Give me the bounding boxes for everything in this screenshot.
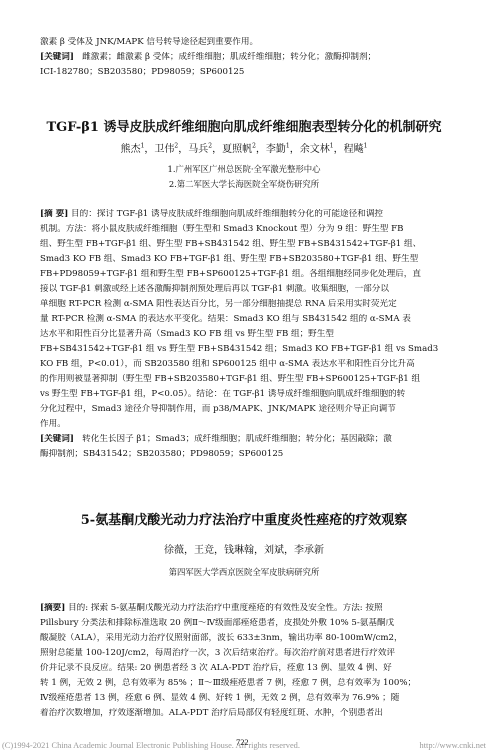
author-separator: ， bbox=[212, 144, 222, 155]
article-2-abstract-line: 转 1 例，无效 2 例，总有效率为 85% ；Ⅱ～Ⅲ级痤疮患者 7 例，痊愈 … bbox=[40, 678, 454, 689]
cnki-link[interactable]: http://www.cnki.net bbox=[420, 741, 486, 750]
keywords-label: [关键词] bbox=[40, 434, 74, 444]
article-2-abstract-line: Ⅳ级痤疮患者 13 例，痊愈 6 例、显效 4 例、好转 1 例，无效 2 例，… bbox=[40, 693, 454, 704]
copyright-notice: (C)1994-2021 China Academic Journal Elec… bbox=[2, 741, 300, 750]
article-1-abstract-line: Smad3 KO FB 组、Smad3 KO FB+TGF-β1 组、野生型 F… bbox=[40, 254, 454, 265]
article-1-affiliation-1: 1.广州军区广州总医院·全军激光整形中心 bbox=[0, 164, 488, 175]
article-1-abstract-line: 的作用则被显著抑制（野生型 FB+SB203580+TGF-β1 组、野生型 F… bbox=[40, 374, 454, 385]
article-1-title: TGF-β1 诱导皮肤成纤维细胞向肌成纤维细胞表型转分化的机制研究 bbox=[0, 120, 488, 136]
author-affiliation-mark: 1 bbox=[364, 143, 368, 150]
author-name: 卫伟 bbox=[154, 144, 174, 155]
article-1-abstract-line: KO FB 组，P<0.01），而 SB203580 组和 SP600125 组… bbox=[40, 359, 454, 370]
article-2-abstract-line: 照射总能量 100-120J/cm2，每周治疗一次，3 次后结束治疗。每次治疗前… bbox=[40, 648, 454, 659]
article-2-affiliation: 第四军医大学西京医院全军皮肤病研究所 bbox=[0, 567, 488, 578]
prev-article-keywords-line-2: ICI-182780；SB203580；PD98059；SP600125 bbox=[40, 67, 454, 78]
page-footer: (C)1994-2021 China Academic Journal Elec… bbox=[0, 741, 488, 753]
author-name: 李勤 bbox=[266, 144, 286, 155]
article-1-abstract-line: vs 野生型 FB+TGF-β1 组，P<0.05）。结论：在 TGF-β1 诱… bbox=[40, 389, 454, 400]
article-1-affiliation-2: 2.第二军医大学长海医院全军烧伤研究所 bbox=[0, 179, 488, 190]
journal-page: 激素 β 受体及 JNK/MAPK 信号转导途径起到重要作用。 [关键词] 雌激… bbox=[0, 0, 488, 754]
article-1-abstract-line: 作用。 bbox=[40, 419, 454, 430]
author-name: 马兵 bbox=[188, 144, 208, 155]
article-1-abstract-line: FB+PD98059+TGF-β1 组和野生型 FB+SP600125+TGF-… bbox=[40, 269, 454, 280]
prev-article-keywords-line-1: [关键词] 雌激素；雌激素 β 受体；成纤维细胞；肌成纤维细胞；转分化；激酶抑制… bbox=[40, 52, 454, 63]
article-1-abstract-line: FB+SB431542+TGF-β1 组 vs 野生型 FB+SB431542 … bbox=[40, 344, 454, 355]
abstract-text: 目的：探讨 TGF-β1 诱导皮肤成纤维细胞向肌成纤维细胞转分化的可能途径和调控 bbox=[71, 209, 383, 219]
article-2-abstract-line: Pillsbury 分类法和排除标准选取 20 例Ⅱ～Ⅳ级面部痤疮患者，皮损处外… bbox=[40, 618, 454, 629]
author-separator: ， bbox=[334, 144, 344, 155]
article-1-authors: 熊杰1，卫伟2，马兵2，夏照帆2，李勤1，余文林1，程飚1 bbox=[0, 143, 488, 156]
article-1-abstract-line: 接以 TGF-β1 刺激或经上述各激酶抑制剂预处理后再以 TGF-β1 刺激。收… bbox=[40, 284, 454, 295]
article-1-abstract-line: 分化过程中，Smad3 途径介导抑制作用，而 p38/MAPK、JNK/MAPK… bbox=[40, 404, 454, 415]
article-2-authors: 徐薇，王竞，钱琳翰，刘斌，李承新 bbox=[0, 544, 488, 557]
keywords-label: [关键词] bbox=[40, 52, 74, 62]
keywords-text: 雌激素；雌激素 β 受体；成纤维细胞；肌成纤维细胞；转分化；激酶抑制剂； bbox=[82, 52, 376, 62]
author-separator: ， bbox=[144, 144, 154, 155]
article-2-abstract-line: 酸凝胶（ALA），采用光动力治疗仪照射面部，波长 633±3nm，输出功率 80… bbox=[40, 633, 454, 644]
article-1-abstract-line: 组、野生型 FB+TGF-β1 组、野生型 FB+SB431542 组、野生型 … bbox=[40, 239, 454, 250]
article-2-abstract-line: 着治疗次数增加，疗效逐渐增加。ALA-PDT 治疗后局部仅有轻度红斑、水肿，个别… bbox=[40, 708, 454, 719]
article-1-keywords-line-2: 酶抑制剂；SB431542；SB203580；PD98059；SP600125 bbox=[40, 449, 454, 460]
abstract-label: [摘 要] bbox=[40, 209, 68, 219]
author-name: 程飚 bbox=[344, 144, 364, 155]
article-2-abstract-line: 价并记录不良反应。结果: 20 例患者经 3 次 ALA-PDT 治疗后，痊愈 … bbox=[40, 663, 454, 674]
author-name: 余文林 bbox=[300, 144, 330, 155]
article-1-abstract-line: 单细胞 RT-PCR 检测 α-SMA 阳性表达百分比，另一部分细胞抽提总 RN… bbox=[40, 299, 454, 310]
author-name: 夏照帆 bbox=[222, 144, 252, 155]
article-2-abstract-line: [摘要] 目的: 探索 5-氨基酮戊酸光动力疗法治疗中重度痤疮的有效性及安全性。… bbox=[40, 603, 454, 614]
article-1-keywords-line-1: [关键词] 转化生长因子 β1；Smad3；成纤维细胞；肌成纤维细胞；转分化；基… bbox=[40, 434, 454, 445]
abstract-text: 目的: 探索 5-氨基酮戊酸光动力疗法治疗中重度痤疮的有效性及安全性。方法: 按… bbox=[68, 603, 383, 613]
abstract-label: [摘要] bbox=[40, 603, 65, 613]
prev-article-tail: 激素 β 受体及 JNK/MAPK 信号转导途径起到重要作用。 bbox=[40, 37, 454, 48]
author-separator: ， bbox=[178, 144, 188, 155]
author-separator: ， bbox=[290, 144, 300, 155]
page-number: 722 bbox=[236, 738, 249, 747]
article-1-abstract-line: 达水平和阳性百分比显著升高（Smad3 KO FB 组 vs 野生型 FB 组；… bbox=[40, 329, 454, 340]
article-1-abstract-line: 机制。方法：将小鼠皮肤成纤维细胞（野生型和 Smad3 Knockout 型）分… bbox=[40, 224, 454, 235]
author-name: 熊杰 bbox=[121, 144, 141, 155]
article-2-title: 5-氨基酮戊酸光动力疗法治疗中重度炎性痤疮的疗效观察 bbox=[0, 513, 488, 529]
keywords-text: 转化生长因子 β1；Smad3；成纤维细胞；肌成纤维细胞；转分化；基因敲除；激 bbox=[82, 434, 392, 444]
article-1-abstract-line: [摘 要] 目的：探讨 TGF-β1 诱导皮肤成纤维细胞向肌成纤维细胞转分化的可… bbox=[40, 209, 454, 220]
article-1-abstract-line: 量 RT-PCR 检测 α-SMA 的表达水平变化。结果：Smad3 KO 组与… bbox=[40, 314, 454, 325]
author-separator: ， bbox=[256, 144, 266, 155]
